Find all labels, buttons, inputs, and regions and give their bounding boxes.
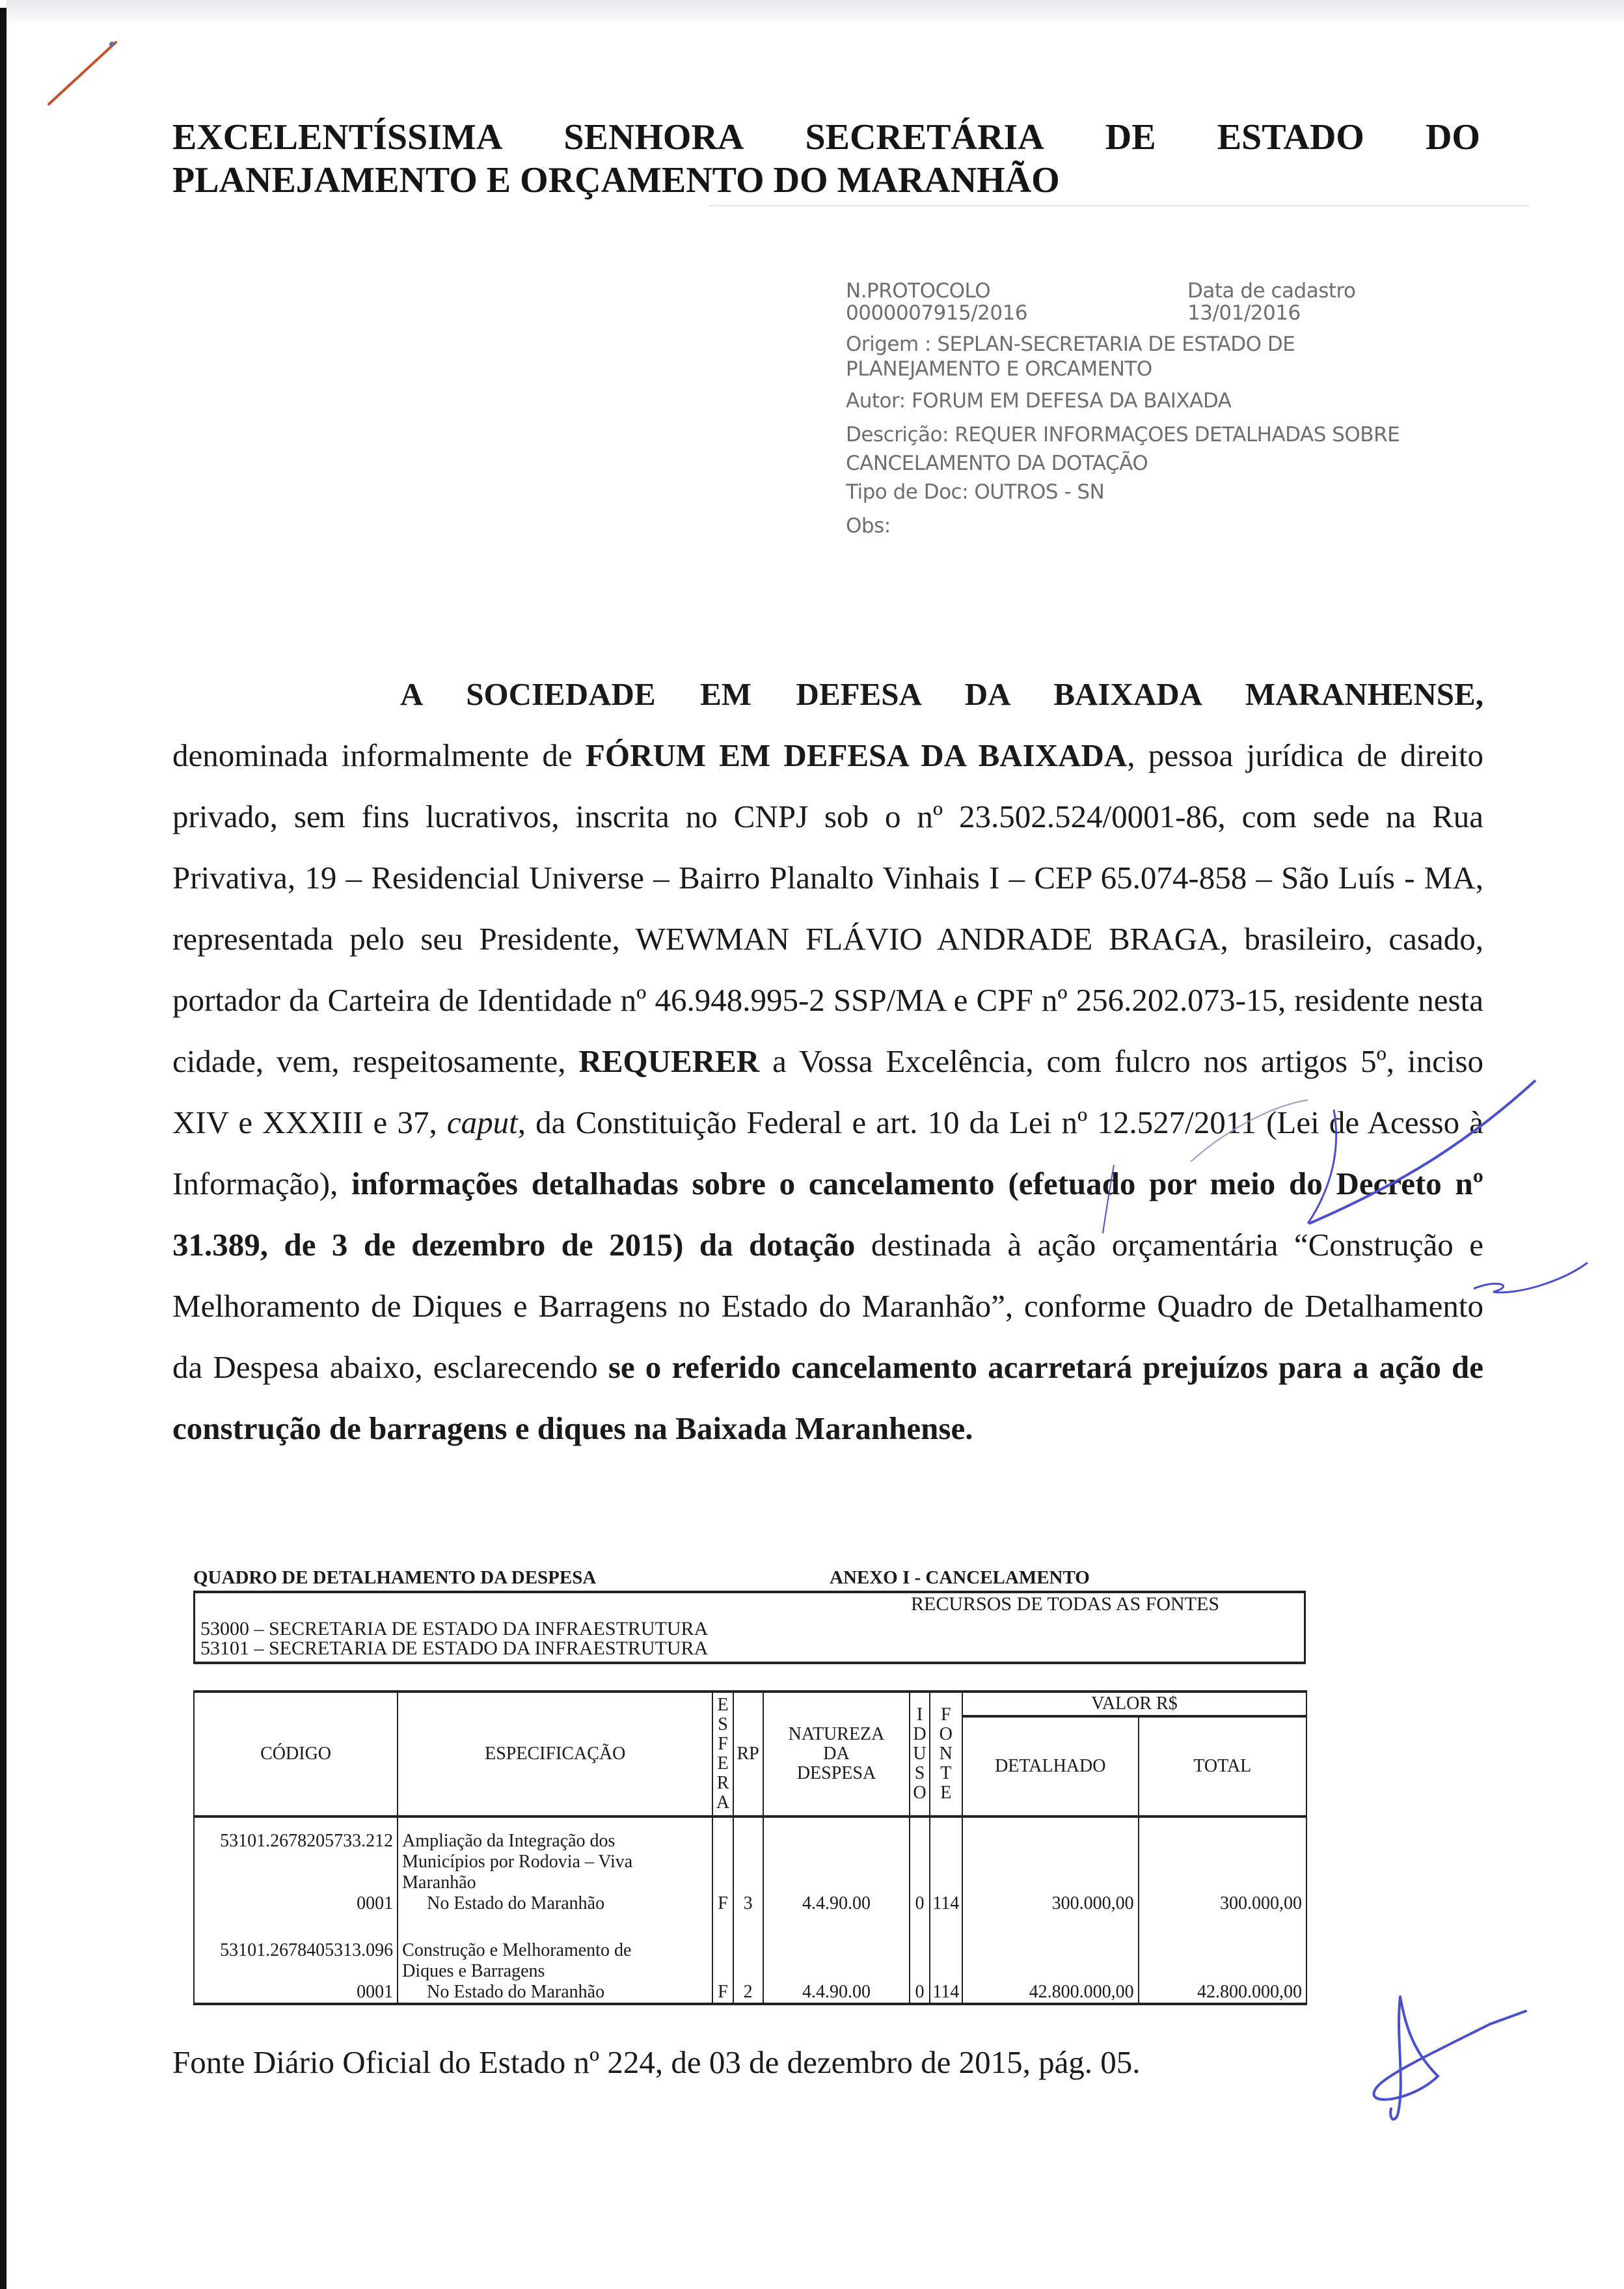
col-codigo: CÓDIGO <box>194 1692 398 1816</box>
date-value: 13/01/2016 <box>1187 302 1356 324</box>
scan-shadow <box>7 0 1624 26</box>
protocol-label: N.PROTOCOLO <box>846 280 1187 302</box>
col-detalhado: DETALHADO <box>962 1716 1139 1816</box>
obs: Obs: <box>846 512 1470 540</box>
addressee: EXCELENTÍSSIMA SENHORA SECRETÁRIA DE EST… <box>172 116 1480 202</box>
source-note: Fonte Diário Oficial do Estado nº 224, d… <box>172 2044 1141 2081</box>
cell-iduso: 0 <box>910 1914 929 2004</box>
table-row: 53101.2678205733.212 0001 Ampliação da I… <box>194 1816 1306 1914</box>
cell-detalhado: 42.800.000,00 <box>962 1914 1139 2004</box>
cell-iduso: 0 <box>910 1816 929 1914</box>
addressee-line-2: PLANEJAMENTO E ORÇAMENTO DO MARANHÃO <box>172 159 1480 202</box>
cell-especificacao: Construção e Melhoramento deDiques e Bar… <box>398 1914 712 2004</box>
petition-body: A SOCIEDADE EM DEFESA DA BAIXADA MARANHE… <box>172 664 1483 1459</box>
despesa-table: CÓDIGO ESPECIFICAÇÃO ESFERA RP NATUREZAD… <box>193 1690 1307 2005</box>
quadro-label: QUADRO DE DETALHAMENTO DA DESPESA <box>193 1567 596 1589</box>
petitioner-title: A SOCIEDADE EM DEFESA DA BAIXADA MARANHE… <box>172 664 1483 725</box>
org-line-2: 53101 – SECRETARIA DE ESTADO DA INFRAEST… <box>200 1638 708 1660</box>
quadro-header: QUADRO DE DETALHAMENTO DA DESPESA ANEXO … <box>193 1567 1306 1664</box>
date-label: Data de cadastro <box>1187 280 1356 302</box>
cell-codigo: 53101.2678405313.096 0001 <box>194 1914 398 2004</box>
descricao-line-1: Descrição: REQUER INFORMAÇOES DETALHADAS… <box>846 420 1470 449</box>
tipo-doc: Tipo de Doc: OUTROS - SN <box>846 478 1470 506</box>
cell-natureza: 4.4.90.00 <box>763 1914 910 2004</box>
cell-esfera: F <box>712 1816 733 1914</box>
divider <box>709 205 1529 206</box>
col-especificacao: ESPECIFICAÇÃO <box>398 1692 712 1816</box>
cell-total: 300.000,00 <box>1139 1816 1306 1914</box>
cell-especificacao: Ampliação da Integração dosMunicípios po… <box>398 1816 712 1914</box>
scan-edge <box>0 8 7 2289</box>
org-line-1: 53000 – SECRETARIA DE ESTADO DA INFRAEST… <box>200 1618 708 1640</box>
col-fonte: FONTE <box>930 1692 962 1816</box>
cell-esfera: F <box>712 1914 733 2004</box>
cell-rp: 2 <box>733 1914 763 2004</box>
cell-rp: 3 <box>733 1816 763 1914</box>
cell-codigo: 53101.2678205733.212 0001 <box>194 1816 398 1914</box>
origem-line-1: Origem : SEPLAN-SECRETARIA DE ESTADO DE <box>846 332 1470 357</box>
recursos-label: RECURSOS DE TODAS AS FONTES <box>911 1593 1219 1615</box>
col-esfera: ESFERA <box>712 1692 733 1816</box>
origem-line-2: PLANEJAMENTO E ORCAMENTO <box>846 357 1470 381</box>
cell-fonte: 114 <box>930 1914 962 2004</box>
cell-natureza: 4.4.90.00 <box>763 1816 910 1914</box>
petition-paragraph: denominada informalmente de FÓRUM EM DEF… <box>172 725 1483 1459</box>
red-check-mark-icon <box>39 33 130 117</box>
protocol-value: 0000007915/2016 <box>846 302 1187 324</box>
descricao-line-2: CANCELAMENTO DA DOTAÇÃO <box>846 449 1470 478</box>
col-natureza: NATUREZADADESPESA <box>763 1692 910 1816</box>
cell-detalhado: 300.000,00 <box>962 1816 1139 1914</box>
col-total: TOTAL <box>1139 1716 1306 1816</box>
col-rp: RP <box>733 1692 763 1816</box>
protocol-stamp: N.PROTOCOLO 0000007915/2016 Data de cada… <box>846 280 1470 540</box>
anexo-label: ANEXO I - CANCELAMENTO <box>830 1567 1090 1589</box>
cell-total: 42.800.000,00 <box>1139 1914 1306 2004</box>
col-iduso: IDUSO <box>910 1692 929 1816</box>
org-box: RECURSOS DE TODAS AS FONTES 53000 – SECR… <box>193 1591 1306 1664</box>
cell-fonte: 114 <box>930 1816 962 1914</box>
signature-icon <box>1360 1985 1555 2128</box>
table-row: 53101.2678405313.096 0001 Construção e M… <box>194 1914 1306 2004</box>
addressee-line-1: EXCELENTÍSSIMA SENHORA SECRETÁRIA DE EST… <box>172 116 1480 159</box>
autor: Autor: FORUM EM DEFESA DA BAIXADA <box>846 387 1470 415</box>
col-valor: VALOR R$ <box>962 1692 1306 1716</box>
